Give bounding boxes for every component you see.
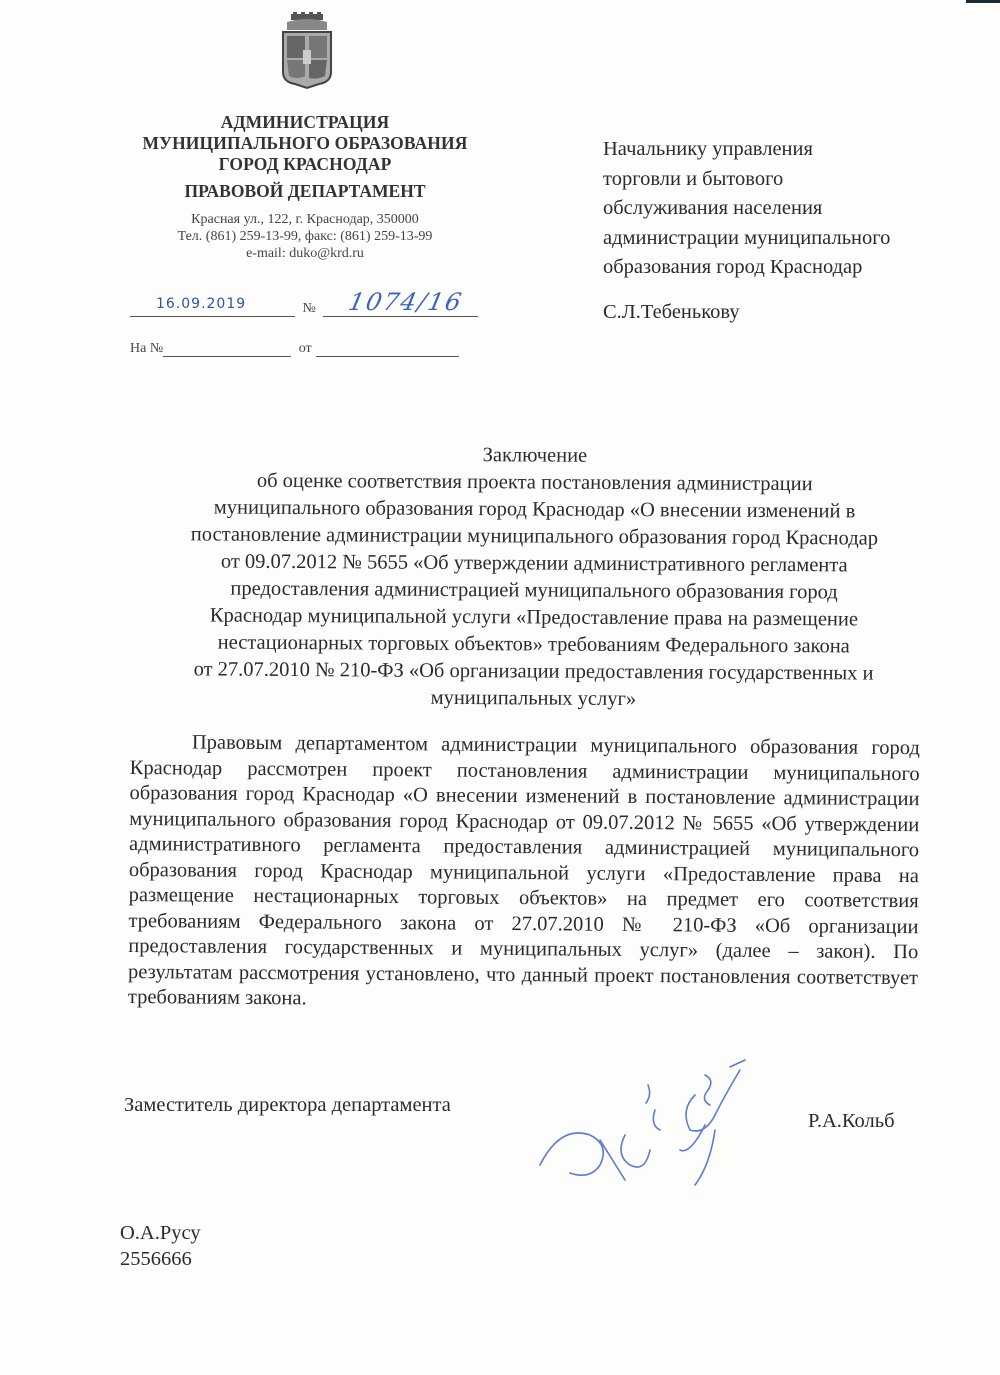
- email: e-mail: duko@krd.ru: [120, 245, 490, 262]
- document-title: Заключение об оценке соответствия проект…: [128, 440, 940, 715]
- registration-line: 16.09.2019 № 1074/16: [130, 300, 478, 317]
- executor-phone: 2556666: [120, 1246, 201, 1272]
- phone-fax: Тел. (861) 259-13-99, факс: (861) 259-13…: [120, 228, 490, 245]
- org-name-line-3: ГОРОД КРАСНОДАР: [120, 154, 490, 175]
- org-name-line-1: АДМИНИСТРАЦИЯ: [120, 112, 490, 133]
- addressee-line: образования город Краснодар: [603, 253, 943, 283]
- reply-date-field: [316, 340, 459, 357]
- executor-block: О.А.Русу 2556666: [120, 1220, 201, 1272]
- date-field: 16.09.2019: [130, 300, 295, 317]
- addressee-name: С.Л.Тебенькову: [603, 298, 943, 328]
- address: Красная ул., 122, г. Краснодар, 350000: [120, 211, 490, 228]
- executor-name: О.А.Русу: [120, 1220, 201, 1246]
- letterhead: АДМИНИСТРАЦИЯ МУНИЦИПАЛЬНОГО ОБРАЗОВАНИЯ…: [120, 112, 490, 262]
- addressee-block: Начальнику управления торговли и бытовог…: [603, 135, 943, 327]
- handwritten-signature-icon: [530, 1055, 770, 1190]
- addressee-line: торговли и бытового: [603, 165, 943, 195]
- reply-from-label: от: [299, 341, 312, 356]
- signer-role: Заместитель директора департамента: [124, 1094, 451, 1117]
- addressee-line: администрации муниципального: [603, 224, 943, 254]
- signer-name: Р.А.Кольб: [808, 1110, 895, 1133]
- department-name: ПРАВОВОЙ ДЕПАРТАМЕНТ: [120, 181, 490, 202]
- addressee-line: Начальнику управления: [603, 135, 943, 165]
- title-line: муниципальных услуг»: [128, 683, 938, 715]
- date-stamp: 16.09.2019: [156, 296, 246, 312]
- krasnodar-coat-of-arms-icon: [277, 12, 337, 90]
- addressee-line: обслуживания населения: [603, 194, 943, 224]
- body-paragraph: Правовым департаментом администрации мун…: [128, 730, 920, 1017]
- reply-number-field: [163, 340, 291, 357]
- number-field: 1074/16: [323, 300, 478, 317]
- handwritten-number: 1074/16: [346, 288, 466, 316]
- scan-edge-mark: [966, 0, 1000, 3]
- reply-line: На № от: [130, 340, 459, 357]
- title-line: от 27.07.2010 № 210-ФЗ «Об организации п…: [129, 656, 939, 688]
- number-label: №: [303, 301, 316, 316]
- org-name-line-2: МУНИЦИПАЛЬНОГО ОБРАЗОВАНИЯ: [120, 133, 490, 154]
- reply-label: На №: [130, 341, 163, 356]
